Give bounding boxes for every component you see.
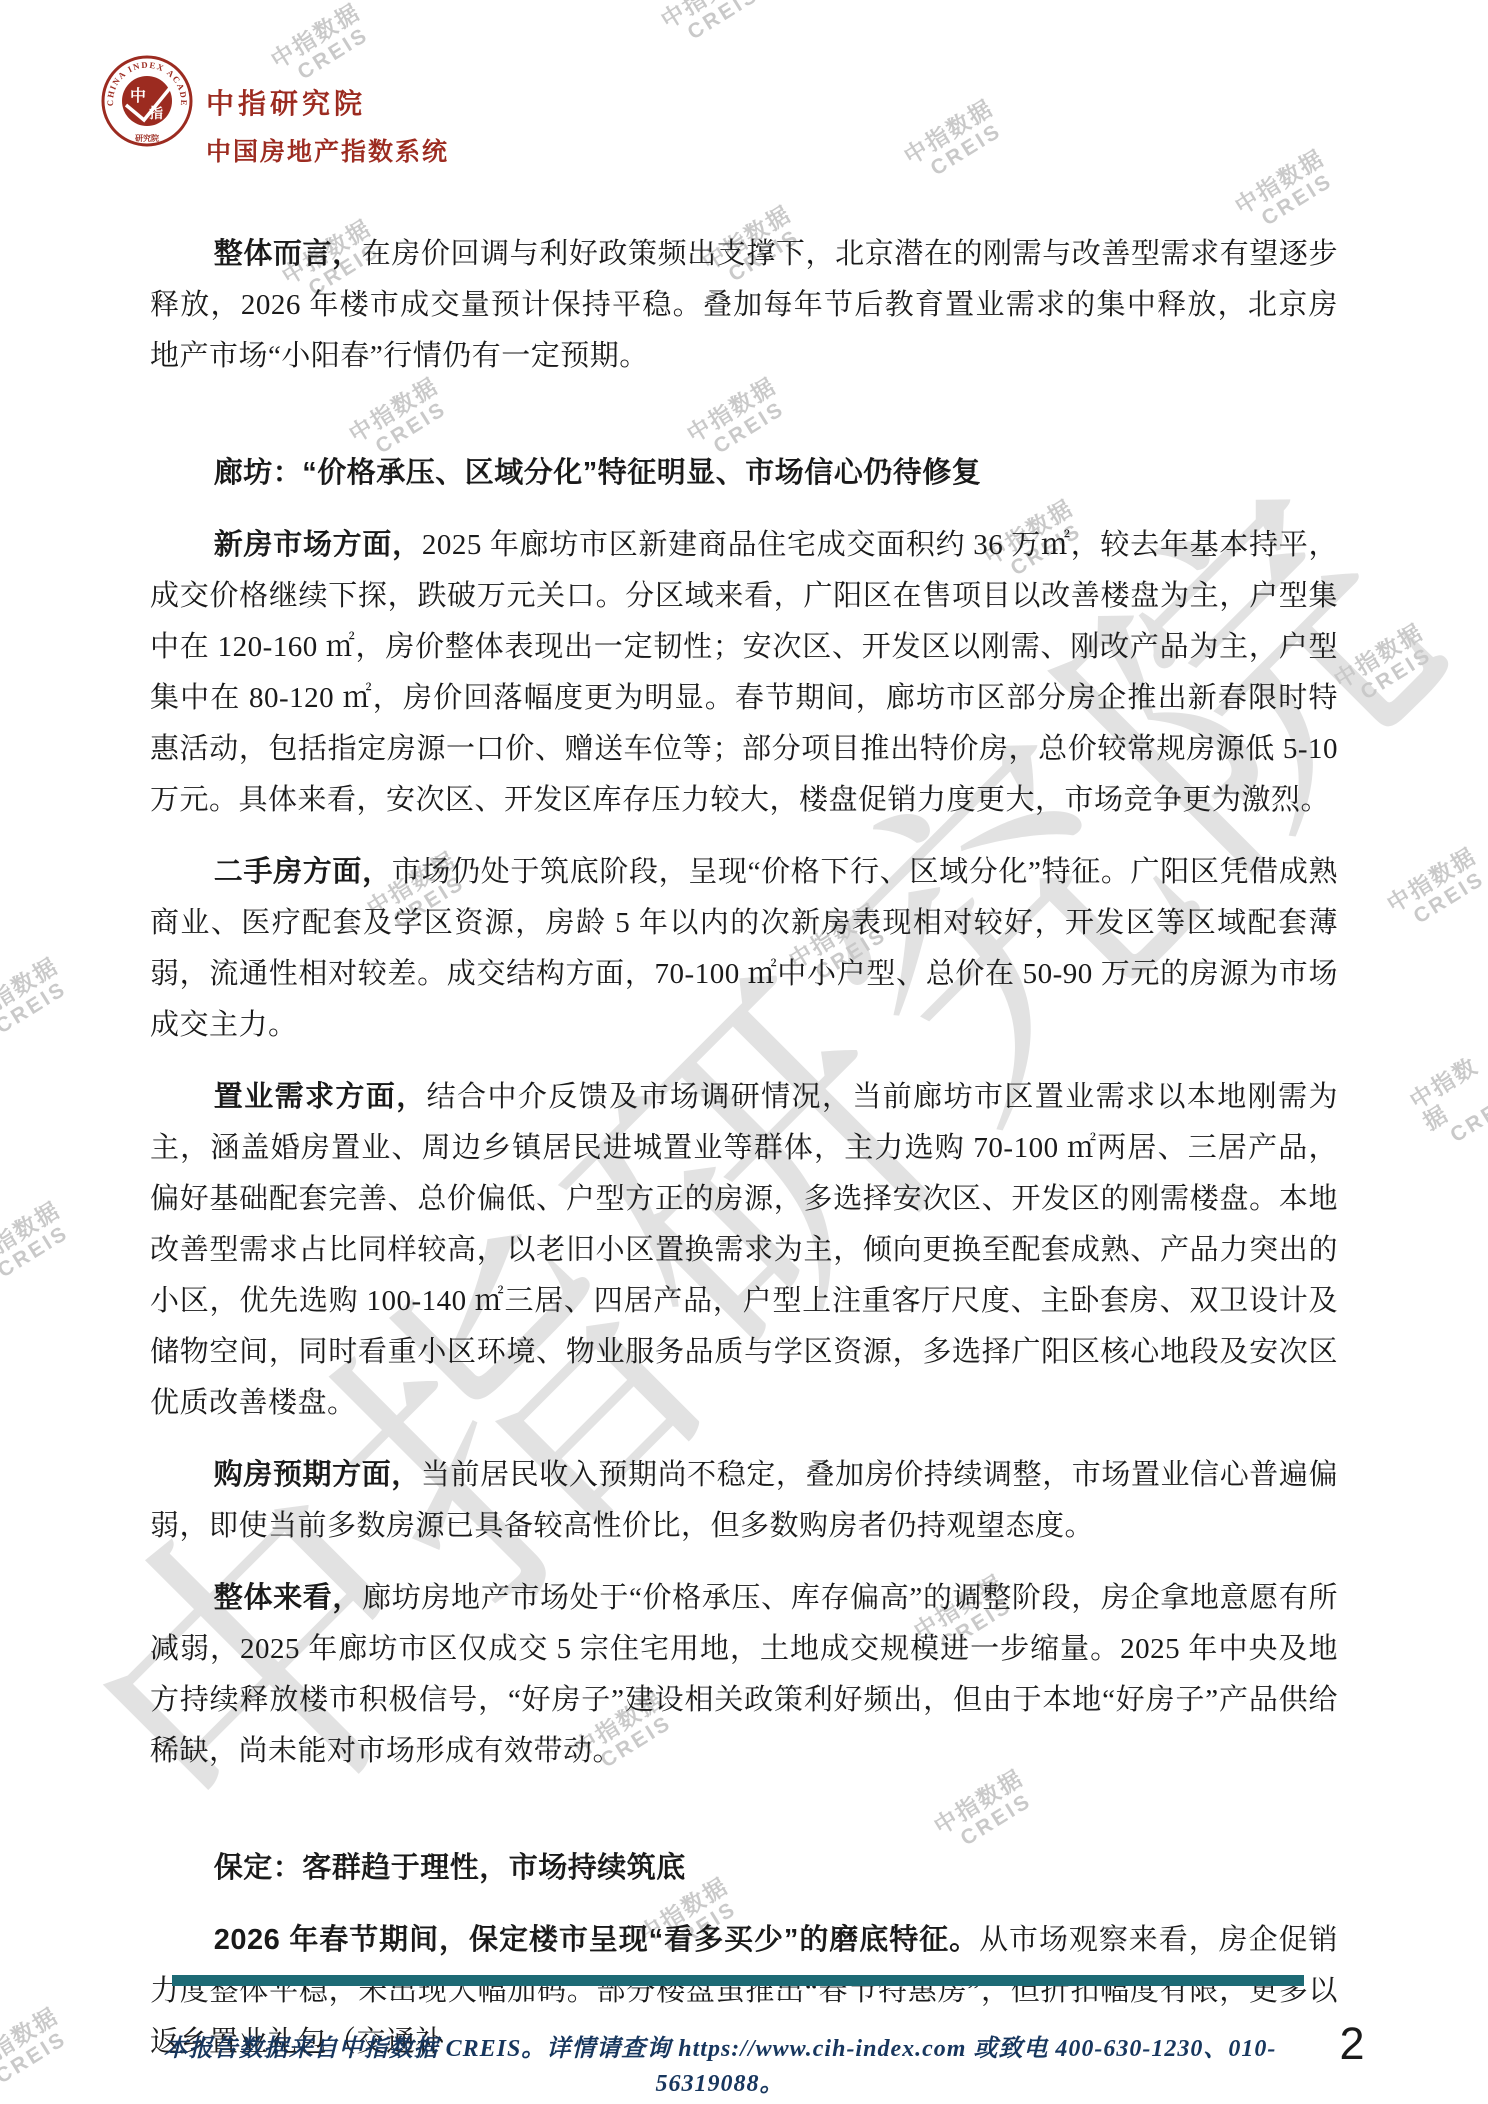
paragraph-lead: 置业需求方面，	[214, 1081, 427, 1113]
logo-char-bottom: 指	[149, 105, 163, 122]
paragraph: 二手房方面，市场仍处于筑底阶段，呈现“价格下行、区域分化”特征。广阳区凭借成熟商…	[150, 847, 1338, 1051]
china-index-academy-logo-icon: CHINA INDEX ACADEMY 中 指 研究院	[100, 54, 194, 148]
paragraph-lead: 二手房方面，	[214, 856, 392, 888]
report-page: { "header": { "org_name": "中指研究院", "syst…	[0, 0, 1488, 2104]
creis-watermark: 中指数据CREIS	[267, 0, 377, 93]
org-name: 中指研究院	[206, 82, 449, 122]
page-number: 2	[1322, 2018, 1382, 2070]
footer-divider-bar	[172, 1975, 1304, 1986]
creis-watermark: 中指数据CREIS	[657, 0, 767, 53]
creis-watermark: 中指数据CREIS	[1330, 619, 1440, 713]
logo-char-top: 中	[130, 86, 146, 105]
creis-watermark: 中指数据CREIS	[1406, 1042, 1488, 1155]
paragraph-lead: 新房市场方面，	[214, 529, 422, 561]
paragraph: 置业需求方面，结合中介反馈及市场调研情况，当前廊坊市区置业需求以本地刚需为主，涵…	[150, 1072, 1338, 1429]
logo-bottom-text: 研究院	[134, 133, 160, 143]
creis-watermark: 中指数据CREIS	[0, 2003, 75, 2097]
section-heading-baoding: 保定：客群趋于理性，市场持续筑底	[150, 1843, 1338, 1894]
creis-watermark: 中指数据CREIS	[1383, 843, 1488, 937]
creis-watermark: 中指数据CREIS	[900, 95, 1010, 189]
paragraph: 整体而言，在房价回调与利好政策频出支撑下，北京潜在的刚需与改善型需求有望逐步释放…	[150, 229, 1338, 382]
system-name: 中国房地产指数系统	[206, 132, 449, 168]
paragraph-lead: 购房预期方面，	[214, 1459, 421, 1491]
creis-watermark: 中指数据CREIS	[0, 953, 75, 1047]
paragraph-text: 2025 年廊坊市区新建商品住宅成交面积约 36 万㎡，较去年基本持平，成交价格…	[150, 529, 1338, 816]
paragraph: 新房市场方面，2025 年廊坊市区新建商品住宅成交面积约 36 万㎡，较去年基本…	[150, 520, 1338, 826]
paragraph: 整体来看，廊坊房地产市场处于“价格承压、库存偏高”的调整阶段，房企拿地意愿有所减…	[150, 1573, 1338, 1777]
paragraph-lead: 整体来看，	[214, 1582, 362, 1614]
document-body: 整体而言，在房价回调与利好政策频出支撑下，北京潜在的刚需与改善型需求有望逐步释放…	[150, 229, 1338, 2089]
paragraph-text: 结合中介反馈及市场调研情况，当前廊坊市区置业需求以本地刚需为主，涵盖婚房置业、周…	[150, 1081, 1338, 1419]
footer-note: 本报告数据来自中指数据 CREIS。详情请查询 https://www.cih-…	[150, 2028, 1290, 2098]
brand-block: 中指研究院 中国房地产指数系统	[206, 82, 449, 168]
creis-watermark: 中指数据CREIS	[0, 1197, 77, 1291]
creis-watermark: 中指数据CREIS	[1231, 145, 1341, 239]
section-heading-langfang: 廊坊：“价格承压、区域分化”特征明显、市场信心仍待修复	[150, 448, 1338, 499]
paragraph: 购房预期方面，当前居民收入预期尚不稳定，叠加房价持续调整，市场置业信心普遍偏弱，…	[150, 1450, 1338, 1552]
paragraph-lead: 2026 年春节期间，保定楼市呈现“看多买少”的磨底特征。	[214, 1924, 979, 1956]
paragraph-lead: 整体而言，	[214, 238, 362, 270]
